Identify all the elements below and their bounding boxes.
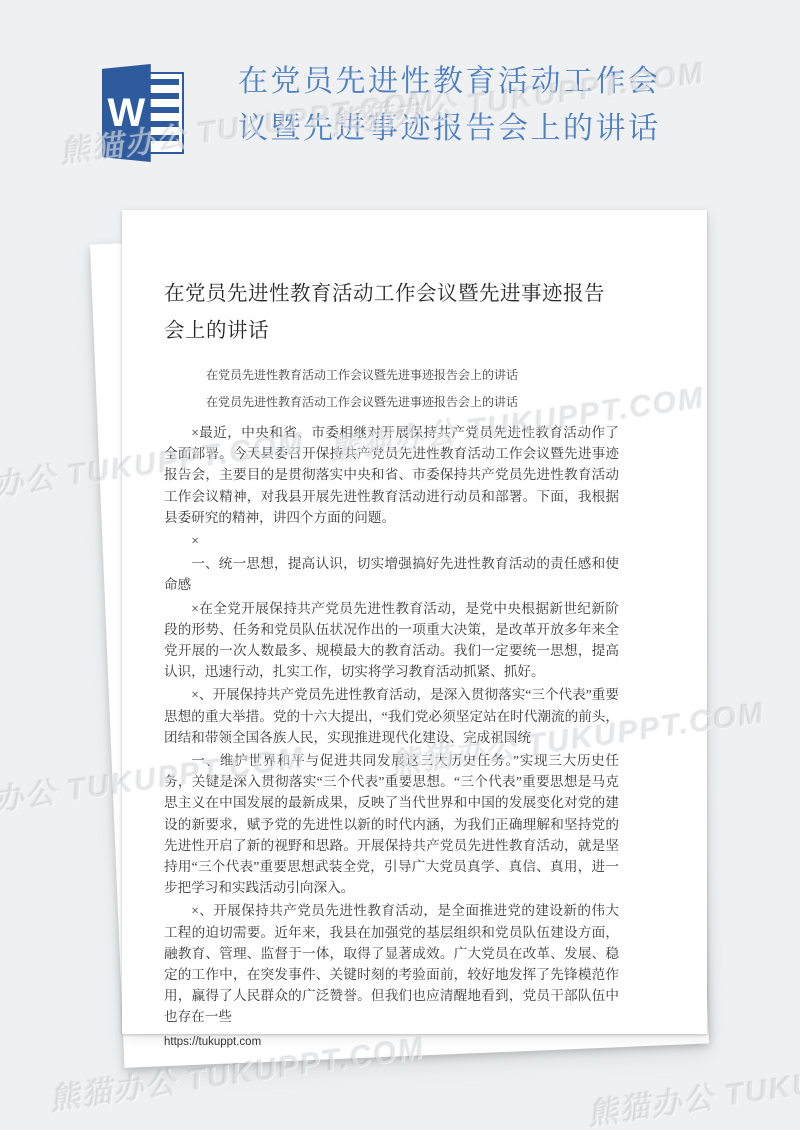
word-icon-cover: W [102,64,151,162]
page-footer-url: https://tukuppt.com [164,1036,619,1048]
doc-paragraph: ×、开展保持共产党员先进性教育活动，是全面推进党的建设新的伟大工程的迫切需要。近… [164,900,619,1027]
doc-paragraph: ×最近，中央和省、市委相继对开展保持共产党员先进性教育活动作了全面部署。今天县委… [164,422,619,528]
word-icon: W [102,64,186,162]
header: W 在党员先进性教育活动工作会议暨先进事迹报告会上的讲话 [0,0,800,200]
document-heading: 在党员先进性教育活动工作会议暨先进事迹报告会上的讲话 [164,276,619,350]
doc-paragraph: ×在全党开展保持共产党员先进性教育活动，是党中央根据新世纪新阶段的形势、任务和党… [164,598,619,683]
word-icon-letter: W [107,93,145,133]
document-page[interactable]: 在党员先进性教育活动工作会议暨先进事迹报告会上的讲话 在党员先进性教育活动工作会… [122,210,707,1034]
doc-paragraph: ×、开展保持共产党员先进性教育活动，是深入贯彻落实“三个代表”重要思想的重大举措… [164,684,619,748]
doc-paragraph: × [164,530,619,551]
doc-paragraph: 一、统一思想，提高认识，切实增强搞好先进性教育活动的责任感和使命感 [164,553,619,595]
site-watermark: 熊猫办公 TUKUPPT.COM [585,1038,800,1130]
page-background: W 在党员先进性教育活动工作会议暨先进事迹报告会上的讲话 在党员先进性教育活动工… [0,0,800,1130]
document-subtitle-line: 在党员先进性教育活动工作会议暨先进事迹报告会上的讲话 [164,362,619,389]
document-subtitle-line: 在党员先进性教育活动工作会议暨先进事迹报告会上的讲话 [164,389,619,416]
document-body: ×最近，中央和省、市委相继对开展保持共产党员先进性教育活动作了全面部署。今天县委… [164,422,619,1028]
document-page-content: 在党员先进性教育活动工作会议暨先进事迹报告会上的讲话 在党员先进性教育活动工作会… [122,210,707,1034]
doc-paragraph: 一、维护世界和平与促进共同发展这三大历史任务。”实现三大历史任务，关键是深入贯彻… [164,750,619,898]
document-title-link[interactable]: 在党员先进性教育活动工作会议暨先进事迹报告会上的讲话 [238,58,690,152]
